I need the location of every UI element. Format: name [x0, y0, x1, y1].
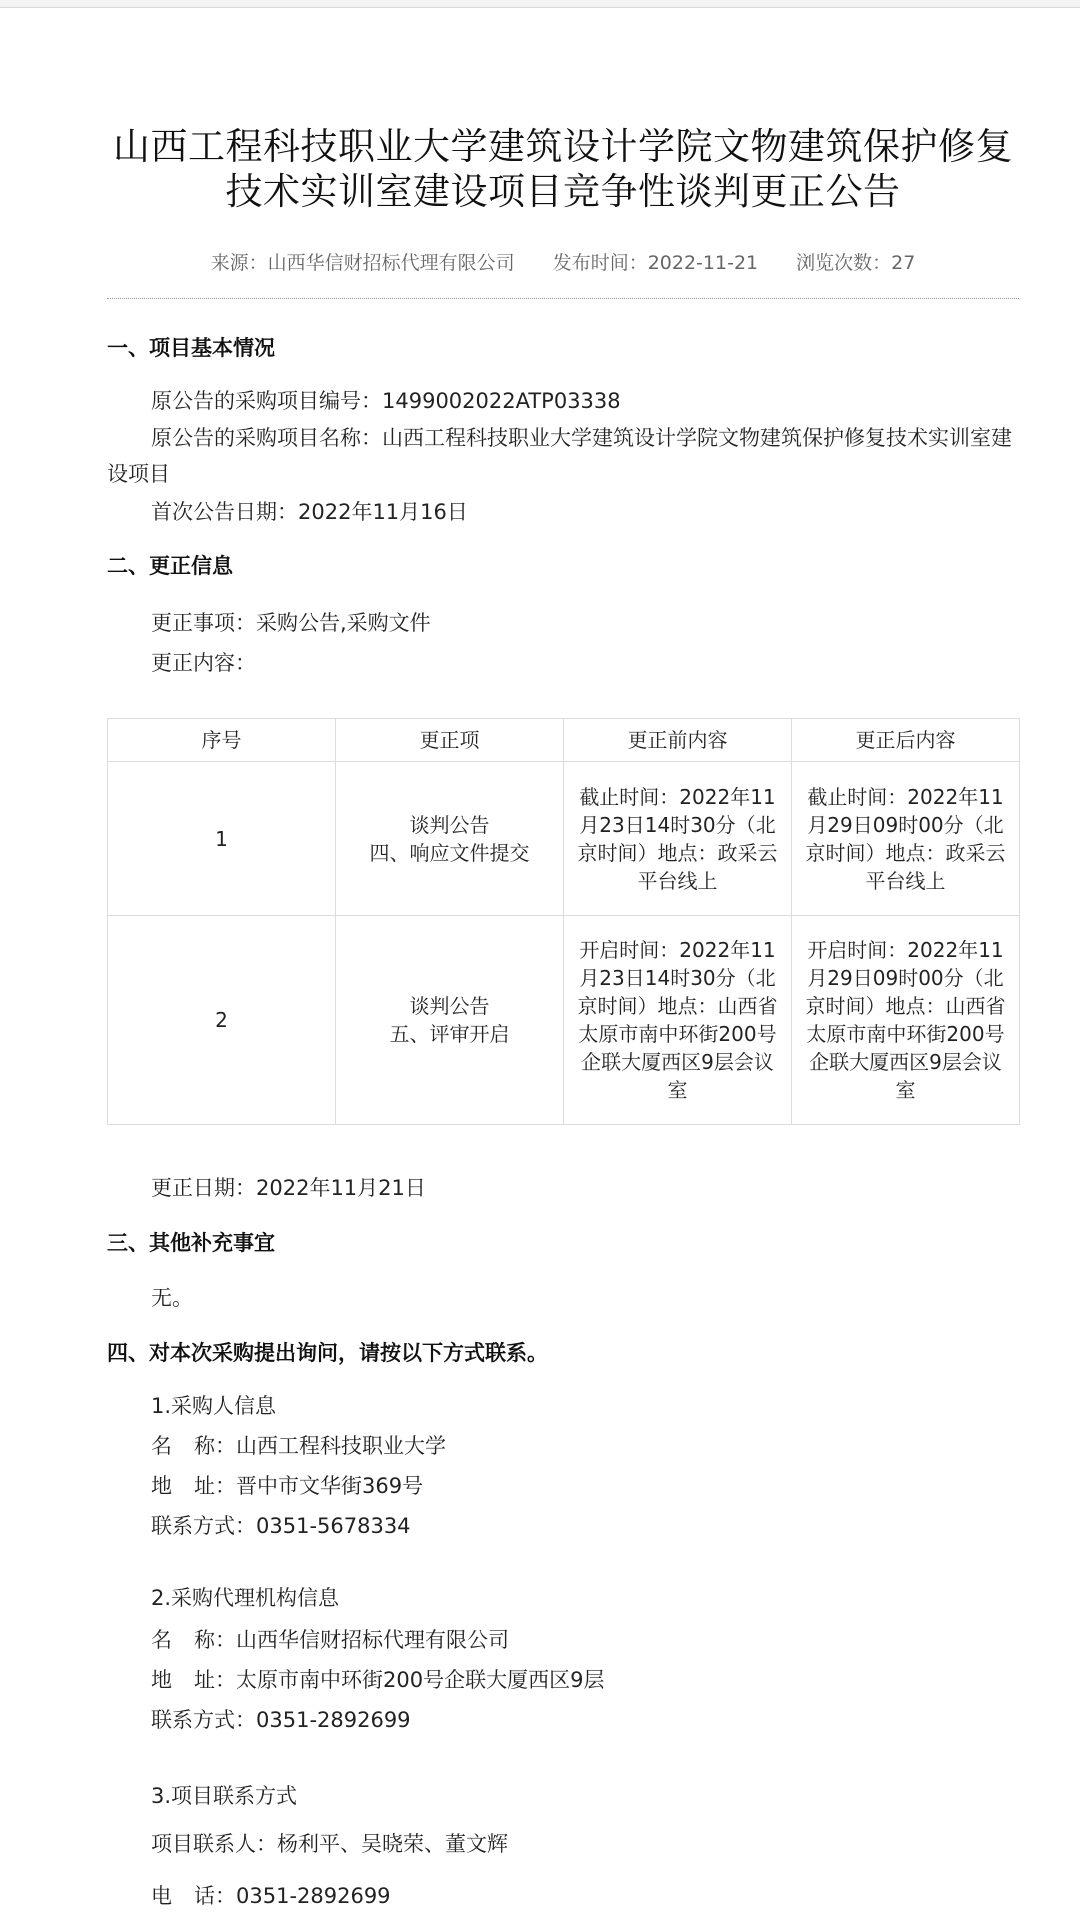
section1-heading: 一、项目基本情况 — [107, 330, 1019, 366]
page-title: 山西工程科技职业大学建筑设计学院文物建筑保护修复技术实训室建设项目竞争性谈判更正… — [107, 124, 1019, 214]
label: 名 — [151, 1434, 172, 1458]
cell-item-line1: 谈判公告 — [344, 811, 555, 839]
label: 地 — [151, 1474, 172, 1498]
cell-item-line2: 五、评审开启 — [344, 1020, 555, 1048]
meta-views: 浏览次数：27 — [796, 252, 915, 274]
project-contact-people: 项目联系人：杨利平、吴晓荣、董文辉 — [107, 1826, 1063, 1862]
cell-item: 谈判公告 五、评审开启 — [336, 916, 564, 1125]
value: 太原市南中环街200号企联大厦西区9层 — [236, 1668, 604, 1692]
value: 0351-2892699 — [236, 1884, 391, 1908]
correction-date: 更正日期：2022年11月21日 — [107, 1170, 1019, 1206]
agency-address: 地址：太原市南中环街200号企联大厦西区9层 — [107, 1662, 1063, 1698]
header-before: 更正前内容 — [564, 719, 792, 762]
agency-name: 名称：山西华信财招标代理有限公司 — [107, 1622, 1063, 1658]
cell-no: 1 — [108, 762, 336, 916]
section3-text: 无。 — [107, 1280, 1019, 1316]
header-after: 更正后内容 — [792, 719, 1020, 762]
correction-items: 更正事项：采购公告,采购文件 — [107, 605, 1019, 641]
project-number: 原公告的采购项目编号：1499002022ATP03338 — [107, 383, 1019, 419]
table-row: 2 谈判公告 五、评审开启 开启时间：2022年11月23日14时30分（北京时… — [108, 916, 1020, 1125]
table-header-row: 序号 更正项 更正前内容 更正后内容 — [108, 719, 1020, 762]
purchaser-address: 地址：晋中市文华街369号 — [107, 1468, 1063, 1504]
label: 名 — [151, 1628, 172, 1652]
section2-heading: 二、更正信息 — [107, 548, 1019, 584]
section3-heading: 三、其他补充事宜 — [107, 1225, 1019, 1261]
label: 电 — [151, 1884, 172, 1908]
agency-title: 2.采购代理机构信息 — [107, 1580, 1063, 1616]
label: 地 — [151, 1668, 172, 1692]
header-no: 序号 — [108, 719, 336, 762]
purchaser-name: 名称：山西工程科技职业大学 — [107, 1428, 1063, 1464]
correction-content-label: 更正内容： — [107, 645, 1019, 681]
label: 址： — [194, 1668, 236, 1692]
top-bar — [0, 0, 1080, 8]
project-name: 原公告的采购项目名称：山西工程科技职业大学建筑设计学院文物建筑保护修复技术实训室… — [107, 420, 1019, 492]
cell-after: 截止时间：2022年11月29日09时00分（北京时间）地点：政采云平台线上 — [792, 762, 1020, 916]
label: 址： — [194, 1474, 236, 1498]
meta-info: 来源：山西华信财招标代理有限公司 发布时间：2022-11-21 浏览次数：27 — [107, 248, 1019, 278]
meta-publish-time: 发布时间：2022-11-21 — [553, 252, 758, 274]
purchaser-title: 1.采购人信息 — [107, 1388, 1063, 1424]
cell-before: 开启时间：2022年11月23日14时30分（北京时间）地点：山西省太原市南中环… — [564, 916, 792, 1125]
value: 晋中市文华街369号 — [236, 1474, 423, 1498]
cell-after: 开启时间：2022年11月29日09时00分（北京时间）地点：山西省太原市南中环… — [792, 916, 1020, 1125]
project-contact-phone: 电话：0351-2892699 — [107, 1878, 1063, 1914]
agency-contact: 联系方式：0351-2892699 — [107, 1702, 1063, 1738]
project-contact-title: 3.项目联系方式 — [107, 1778, 1063, 1814]
cell-item-line2: 四、响应文件提交 — [344, 839, 555, 867]
value: 山西华信财招标代理有限公司 — [236, 1628, 509, 1652]
header-item: 更正项 — [336, 719, 564, 762]
dotted-divider — [107, 298, 1019, 299]
cell-before: 截止时间：2022年11月23日14时30分（北京时间）地点：政采云平台线上 — [564, 762, 792, 916]
correction-table: 序号 更正项 更正前内容 更正后内容 1 谈判公告 四、响应文件提交 截止时间：… — [107, 718, 1020, 1125]
table-row: 1 谈判公告 四、响应文件提交 截止时间：2022年11月23日14时30分（北… — [108, 762, 1020, 916]
cell-item: 谈判公告 四、响应文件提交 — [336, 762, 564, 916]
label: 称： — [194, 1628, 236, 1652]
first-announcement-date: 首次公告日期：2022年11月16日 — [107, 494, 1019, 530]
cell-no: 2 — [108, 916, 336, 1125]
label: 称： — [194, 1434, 236, 1458]
purchaser-contact: 联系方式：0351-5678334 — [107, 1508, 1063, 1544]
section4-heading: 四、对本次采购提出询问，请按以下方式联系。 — [107, 1335, 1019, 1371]
label: 话： — [194, 1884, 236, 1908]
meta-source: 来源：山西华信财招标代理有限公司 — [211, 252, 515, 274]
cell-item-line1: 谈判公告 — [344, 992, 555, 1020]
value: 山西工程科技职业大学 — [236, 1434, 446, 1458]
